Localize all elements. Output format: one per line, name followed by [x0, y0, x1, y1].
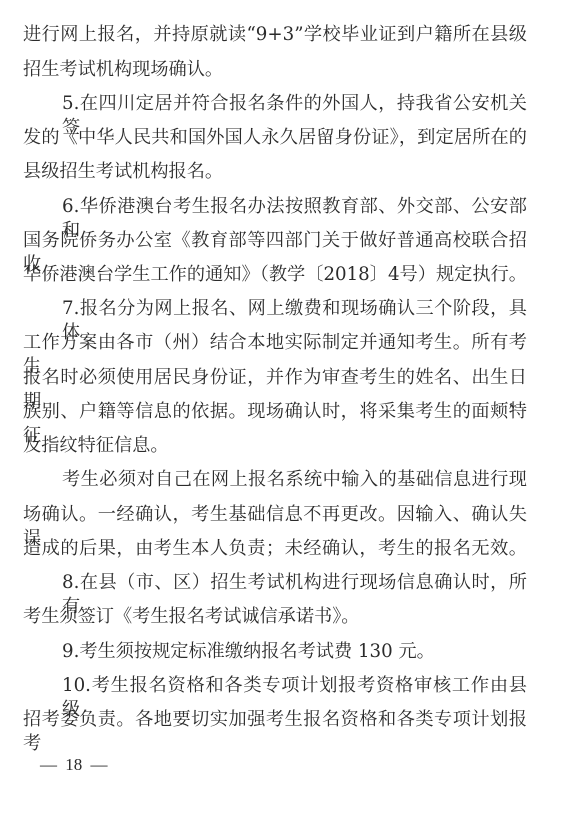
text-line: 工作方案由各市（州）结合本地实际制定并通知考生。所有考生: [23, 331, 527, 355]
text-line: 及指纹特征信息。: [23, 434, 527, 458]
text-line: 进行网上报名，并持原就读“9+3”学校毕业证到户籍所在县级: [23, 23, 527, 47]
page-number: — 18 —: [40, 753, 108, 777]
text-line: 国务院侨务办公室《教育部等四部门关于做好普通高校联合招收: [23, 229, 527, 253]
paragraph-confirm-start: 考生必须对自己在网上报名系统中输入的基础信息进行现: [62, 468, 527, 492]
text-line: 发的《中华人民共和国外国人永久居留身份证》，到定居所在的: [23, 126, 527, 150]
text-line: 考生须签订《考生报名考试诚信承诺书》。: [23, 605, 527, 629]
text-line: 华侨港澳台学生工作的通知》（教学〔2018〕4号）规定执行。: [23, 263, 527, 287]
paragraph-6-start: 6.华侨港澳台考生报名办法按照教育部、外交部、公安部和: [62, 195, 527, 219]
paragraph-5-start: 5.在四川定居并符合报名条件的外国人，持我省公安机关签: [62, 92, 527, 116]
text-line: 族别、户籍等信息的依据。现场确认时，将采集考生的面颊特征: [23, 400, 527, 424]
text-line: 招生考试机构现场确认。: [23, 58, 527, 82]
paragraph-9: 9.考生须按规定标准缴纳报名考试费 130 元。: [62, 640, 527, 664]
document-page: 进行网上报名，并持原就读“9+3”学校毕业证到户籍所在县级 招生考试机构现场确认…: [0, 0, 566, 819]
text-line: 招考委负责。各地要切实加强考生报名资格和各类专项计划报考: [23, 708, 527, 732]
text-line: 县级招生考试机构报名。: [23, 160, 527, 184]
text-line: 造成的后果，由考生本人负责；未经确认，考生的报名无效。: [23, 537, 527, 561]
paragraph-7-start: 7.报名分为网上报名、网上缴费和现场确认三个阶段，具体: [62, 297, 527, 321]
paragraph-10-start: 10.考生报名资格和各类专项计划报考资格审核工作由县级: [62, 674, 527, 698]
paragraph-8-start: 8.在县（市、区）招生考试机构进行现场信息确认时，所有: [62, 571, 527, 595]
text-line: 报名时必须使用居民身份证，并作为审查考生的姓名、出生日期、: [23, 366, 527, 390]
text-line: 场确认。一经确认，考生基础信息不再更改。因输入、确认失误: [23, 503, 527, 527]
